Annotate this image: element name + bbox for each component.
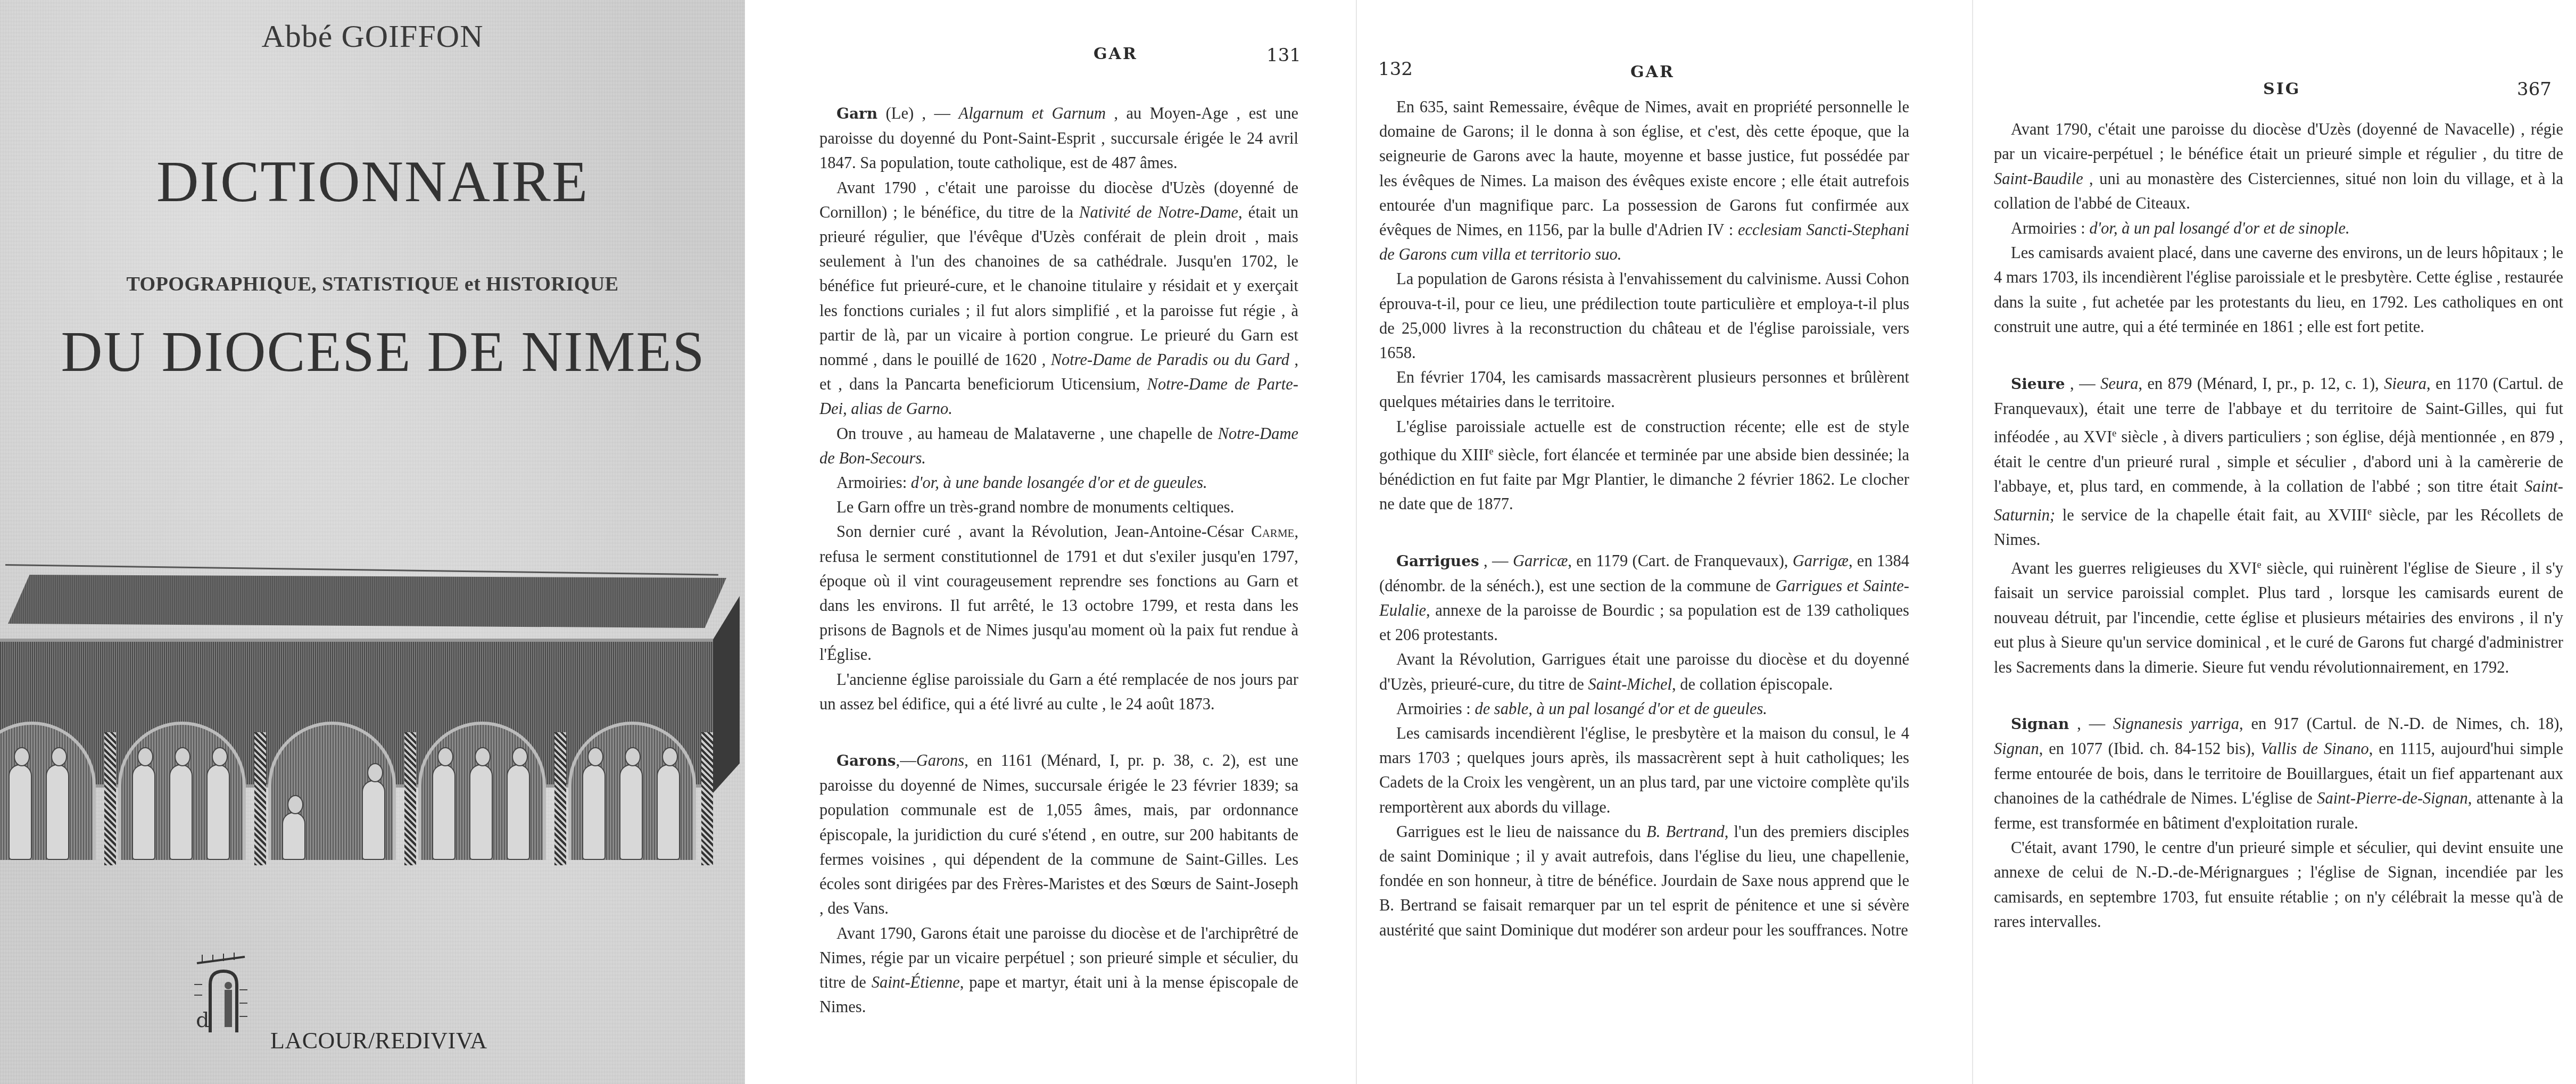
page-number: 367 <box>2517 79 2552 100</box>
italic-text: Nativité de Notre-Dame <box>1079 203 1238 221</box>
paragraph: Son dernier curé , avant la Révolution, … <box>819 519 1298 667</box>
entry-headword: Garn <box>836 105 877 122</box>
sarcophagus-lid <box>8 575 726 628</box>
twisted-column <box>701 732 713 865</box>
paragraph: La population de Garons résista à l'enva… <box>1379 267 1909 365</box>
running-head-word: GAR <box>1094 45 1138 63</box>
relief-figure <box>507 764 530 860</box>
italic-text: Algarnum et Garnum <box>959 104 1106 122</box>
page-number: 131 <box>1266 45 1301 66</box>
relief-figure <box>619 764 643 860</box>
cover-author: Abbé GOIFFON <box>0 18 745 55</box>
text-run: Carme <box>1251 523 1294 541</box>
text-run: La population de Garons résista à l'enva… <box>1379 270 1909 362</box>
italic-text: Garrigæ <box>1793 552 1849 570</box>
paragraph: En 635, saint Remessaire, évêque de Nime… <box>1379 95 1909 267</box>
paragraph: C'était, avant 1790, le centre d'un prie… <box>1994 835 2563 934</box>
text-run: e <box>2257 559 2261 570</box>
text-run: le service de la chapelle était fait, au… <box>2055 506 2367 524</box>
relief-arch <box>568 722 696 860</box>
text-run: , de collation épiscopale. <box>1672 675 1833 693</box>
relief-arch-doorway <box>268 722 396 860</box>
page-number: 132 <box>1378 59 1413 80</box>
text-run: , refusa le serment constitutionnel de 1… <box>819 523 1298 664</box>
twisted-column <box>254 732 266 865</box>
text-run: En février 1704, les camisards massacrèr… <box>1379 368 1909 411</box>
text-run: e <box>1489 446 1494 457</box>
text-run: (Le) , — <box>877 104 958 122</box>
page-body: Garn (Le) , — Algarnum et Garnum , au Mo… <box>819 101 1298 1019</box>
italic-text: B. Bertrand <box>1646 823 1725 841</box>
paragraph: Avant 1790 , c'était une paroisse du dio… <box>819 176 1298 421</box>
relief-arch <box>118 722 246 860</box>
text-run: En 635, saint Remessaire, évêque de Nime… <box>1379 98 1909 239</box>
entry-headword: Garons <box>836 752 896 769</box>
italic-text: Saint-Étienne <box>872 973 960 991</box>
relief-band <box>0 639 713 788</box>
text-run: Garrigues est le lieu de naissance du <box>1396 823 1646 841</box>
page-gutter-divider <box>1356 0 1357 1084</box>
book-cover: Abbé GOIFFON DICTIONNAIRE TOPOGRAPHIQUE,… <box>0 0 745 1084</box>
cover-title-line2: DU DIOCESE DE NIMES <box>11 319 745 385</box>
book-page-131: GAR 131 Garn (Le) , — Algarnum et Garnum… <box>772 0 1357 1084</box>
paragraph: Avant les guerres religieuses du XVIe si… <box>1994 552 2563 680</box>
relief-figure-small <box>282 812 305 860</box>
text-run: Les camisards avaient placé, dans une ca… <box>1994 244 2563 336</box>
italic-text: de sable, à un pal losangé d'or et de gu… <box>1475 700 1767 718</box>
dictionary-entry: Garons,—Garons, en 1161 (Ménard, I, pr. … <box>819 748 1298 921</box>
text-run: L'ancienne église paroissiale du Garn a … <box>819 671 1298 713</box>
italic-text: Saint-Baudile <box>1994 170 2083 188</box>
italic-text: Notre-Dame de Paradis ou du Gard <box>1051 351 1289 369</box>
page-body: Avant 1790, c'était une paroisse du dioc… <box>1994 117 2563 934</box>
text-run: ,— <box>896 751 916 769</box>
entry-headword: Garrigues <box>1396 552 1479 570</box>
italic-text: Seura <box>2100 375 2138 393</box>
text-run: e <box>2367 506 2372 517</box>
italic-text: Saint-Michel <box>1588 675 1672 693</box>
twisted-column <box>554 732 566 865</box>
twisted-column <box>104 732 116 865</box>
italic-text: Saint-Pierre-de-Signan <box>2317 789 2467 807</box>
twisted-column <box>404 732 416 865</box>
text-run: , en 1077 (Ibid. ch. 84-152 bis), <box>2039 740 2261 758</box>
running-head-word: GAR <box>1630 63 1675 81</box>
text-run: Armoiries : <box>2011 219 2089 237</box>
page-body: En 635, saint Remessaire, évêque de Nime… <box>1379 95 1909 942</box>
sarcophagus-side <box>713 596 740 793</box>
italic-text: Signanesis yarriga <box>2113 715 2239 733</box>
running-head: GAR 131 <box>772 0 1357 64</box>
italic-text: Sieura <box>2384 375 2426 393</box>
text-run: , — <box>2065 375 2101 393</box>
text-run: , en 917 (Cartul. de N.-D. de Nimes, ch.… <box>2239 715 2563 733</box>
text-run: , — <box>2069 715 2113 733</box>
paragraph: L'église paroissiale actuelle est de con… <box>1379 415 1909 517</box>
dictionary-entry: Garn (Le) , — Algarnum et Garnum , au Mo… <box>819 101 1298 176</box>
relief-figure-small <box>362 780 385 860</box>
cover-title-line1: DICTIONNAIRE <box>0 148 745 216</box>
text-run: Le Garn offre un très-grand nombre de mo… <box>836 498 1234 516</box>
entry-headword: Sieure <box>2011 375 2065 393</box>
italic-text: d'or, à une bande losangée d'or et de gu… <box>911 474 1207 492</box>
text-run: Armoiries: <box>836 474 911 492</box>
text-run: C'était, avant 1790, le centre d'un prie… <box>1994 839 2563 931</box>
paragraph: En février 1704, les camisards massacrèr… <box>1379 365 1909 414</box>
relief-figure <box>46 764 69 860</box>
paragraph: Armoiries : de sable, à un pal losangé d… <box>1379 697 1909 721</box>
page-gutter-divider <box>1972 0 1973 1084</box>
dictionary-entry: Garrigues , — Garricæ, en 1179 (Cart. de… <box>1379 549 1909 648</box>
paragraph: Avant la Révolution, Garrigues était une… <box>1379 647 1909 696</box>
dictionary-entry: Sieure , — Seura, en 879 (Ménard, I, pr.… <box>1994 371 2563 552</box>
paragraph: Garrigues est le lieu de naissance du B.… <box>1379 820 1909 942</box>
relief-arch <box>418 722 546 860</box>
running-head-word: SIG <box>2263 80 2300 98</box>
paragraph: Les camisards incendièrent l'église, le … <box>1379 721 1909 820</box>
paragraph: Avant 1790, Garons était une paroisse du… <box>819 921 1298 1020</box>
relief-figure <box>169 764 193 860</box>
text-run: Avant 1790, c'était une paroisse du dioc… <box>1994 120 2563 163</box>
text-run: On trouve , au hameau de Malataverne , u… <box>836 425 1218 443</box>
relief-figure <box>657 764 680 860</box>
text-run: Son dernier curé , avant la Révolution, … <box>836 523 1251 541</box>
running-head: 132 GAR <box>1358 0 1970 64</box>
lid-edge-line <box>5 564 718 576</box>
cover-publisher: LACOUR/REDIVIVA <box>270 1027 487 1054</box>
book-page-367: SIG 367 Avant 1790, c'était une paroisse… <box>1974 0 2576 1084</box>
publisher-logo-icon: d <box>192 953 250 1038</box>
paragraph: Armoiries: d'or, à une bande losangée d'… <box>819 470 1298 495</box>
text-run: , en 1179 (Cart. de Franquevaux), <box>1568 552 1793 570</box>
book-page-132: 132 GAR En 635, saint Remessaire, évêque… <box>1358 0 1970 1084</box>
text-run: , en 1161 (Ménard, I, pr. p. 38, c. 2), … <box>819 751 1298 917</box>
text-run: , en 879 (Ménard, I, pr., p. 12, c. 1), <box>2138 375 2384 393</box>
italic-text: Garons <box>916 751 964 769</box>
relief-figure <box>432 764 455 860</box>
italic-text: Signan <box>1994 740 2039 758</box>
relief-figure <box>206 764 230 860</box>
text-run: Armoiries : <box>1396 700 1475 718</box>
relief-arch <box>0 722 96 860</box>
sarcophagus-relief-illustration <box>0 564 745 814</box>
italic-text: Vallis de Sinano <box>2261 740 2369 758</box>
paragraph: Le Garn offre un très-grand nombre de mo… <box>819 495 1298 519</box>
paragraph: On trouve , au hameau de Malataverne , u… <box>819 421 1298 470</box>
relief-figure <box>469 764 493 860</box>
text-run: , — <box>1479 552 1513 570</box>
relief-figure <box>582 764 606 860</box>
paragraph: Les camisards avaient placé, dans une ca… <box>1994 241 2563 340</box>
relief-figure <box>132 764 155 860</box>
italic-text: d'or, à un pal losangé d'or et de sinopl… <box>2089 219 2349 237</box>
cover-subtitle: TOPOGRAPHIQUE, STATISTIQUE et HISTORIQUE <box>0 272 745 296</box>
paragraph: Avant 1790, c'était une paroisse du dioc… <box>1994 117 2563 216</box>
running-head: SIG 367 <box>1974 0 2576 64</box>
text-run: , annexe de la paroisse de Bourdic ; sa … <box>1379 601 1909 644</box>
paragraph: L'ancienne église paroissiale du Garn a … <box>819 667 1298 716</box>
text-run: , était un prieuré régulier, que l'évêqu… <box>819 203 1298 369</box>
italic-text: Garricæ <box>1513 552 1568 570</box>
svg-text:d: d <box>196 1008 210 1032</box>
relief-figure <box>9 764 32 860</box>
text-run: Avant les guerres religieuses du XVI <box>2011 559 2257 577</box>
paragraph: Armoiries : d'or, à un pal losangé d'or … <box>1994 216 2563 241</box>
entry-headword: Signan <box>2011 715 2069 733</box>
text-run: Les camisards incendièrent l'église, le … <box>1379 724 1909 816</box>
dictionary-entry: Signan , — Signanesis yarriga, en 917 (C… <box>1994 711 2563 835</box>
